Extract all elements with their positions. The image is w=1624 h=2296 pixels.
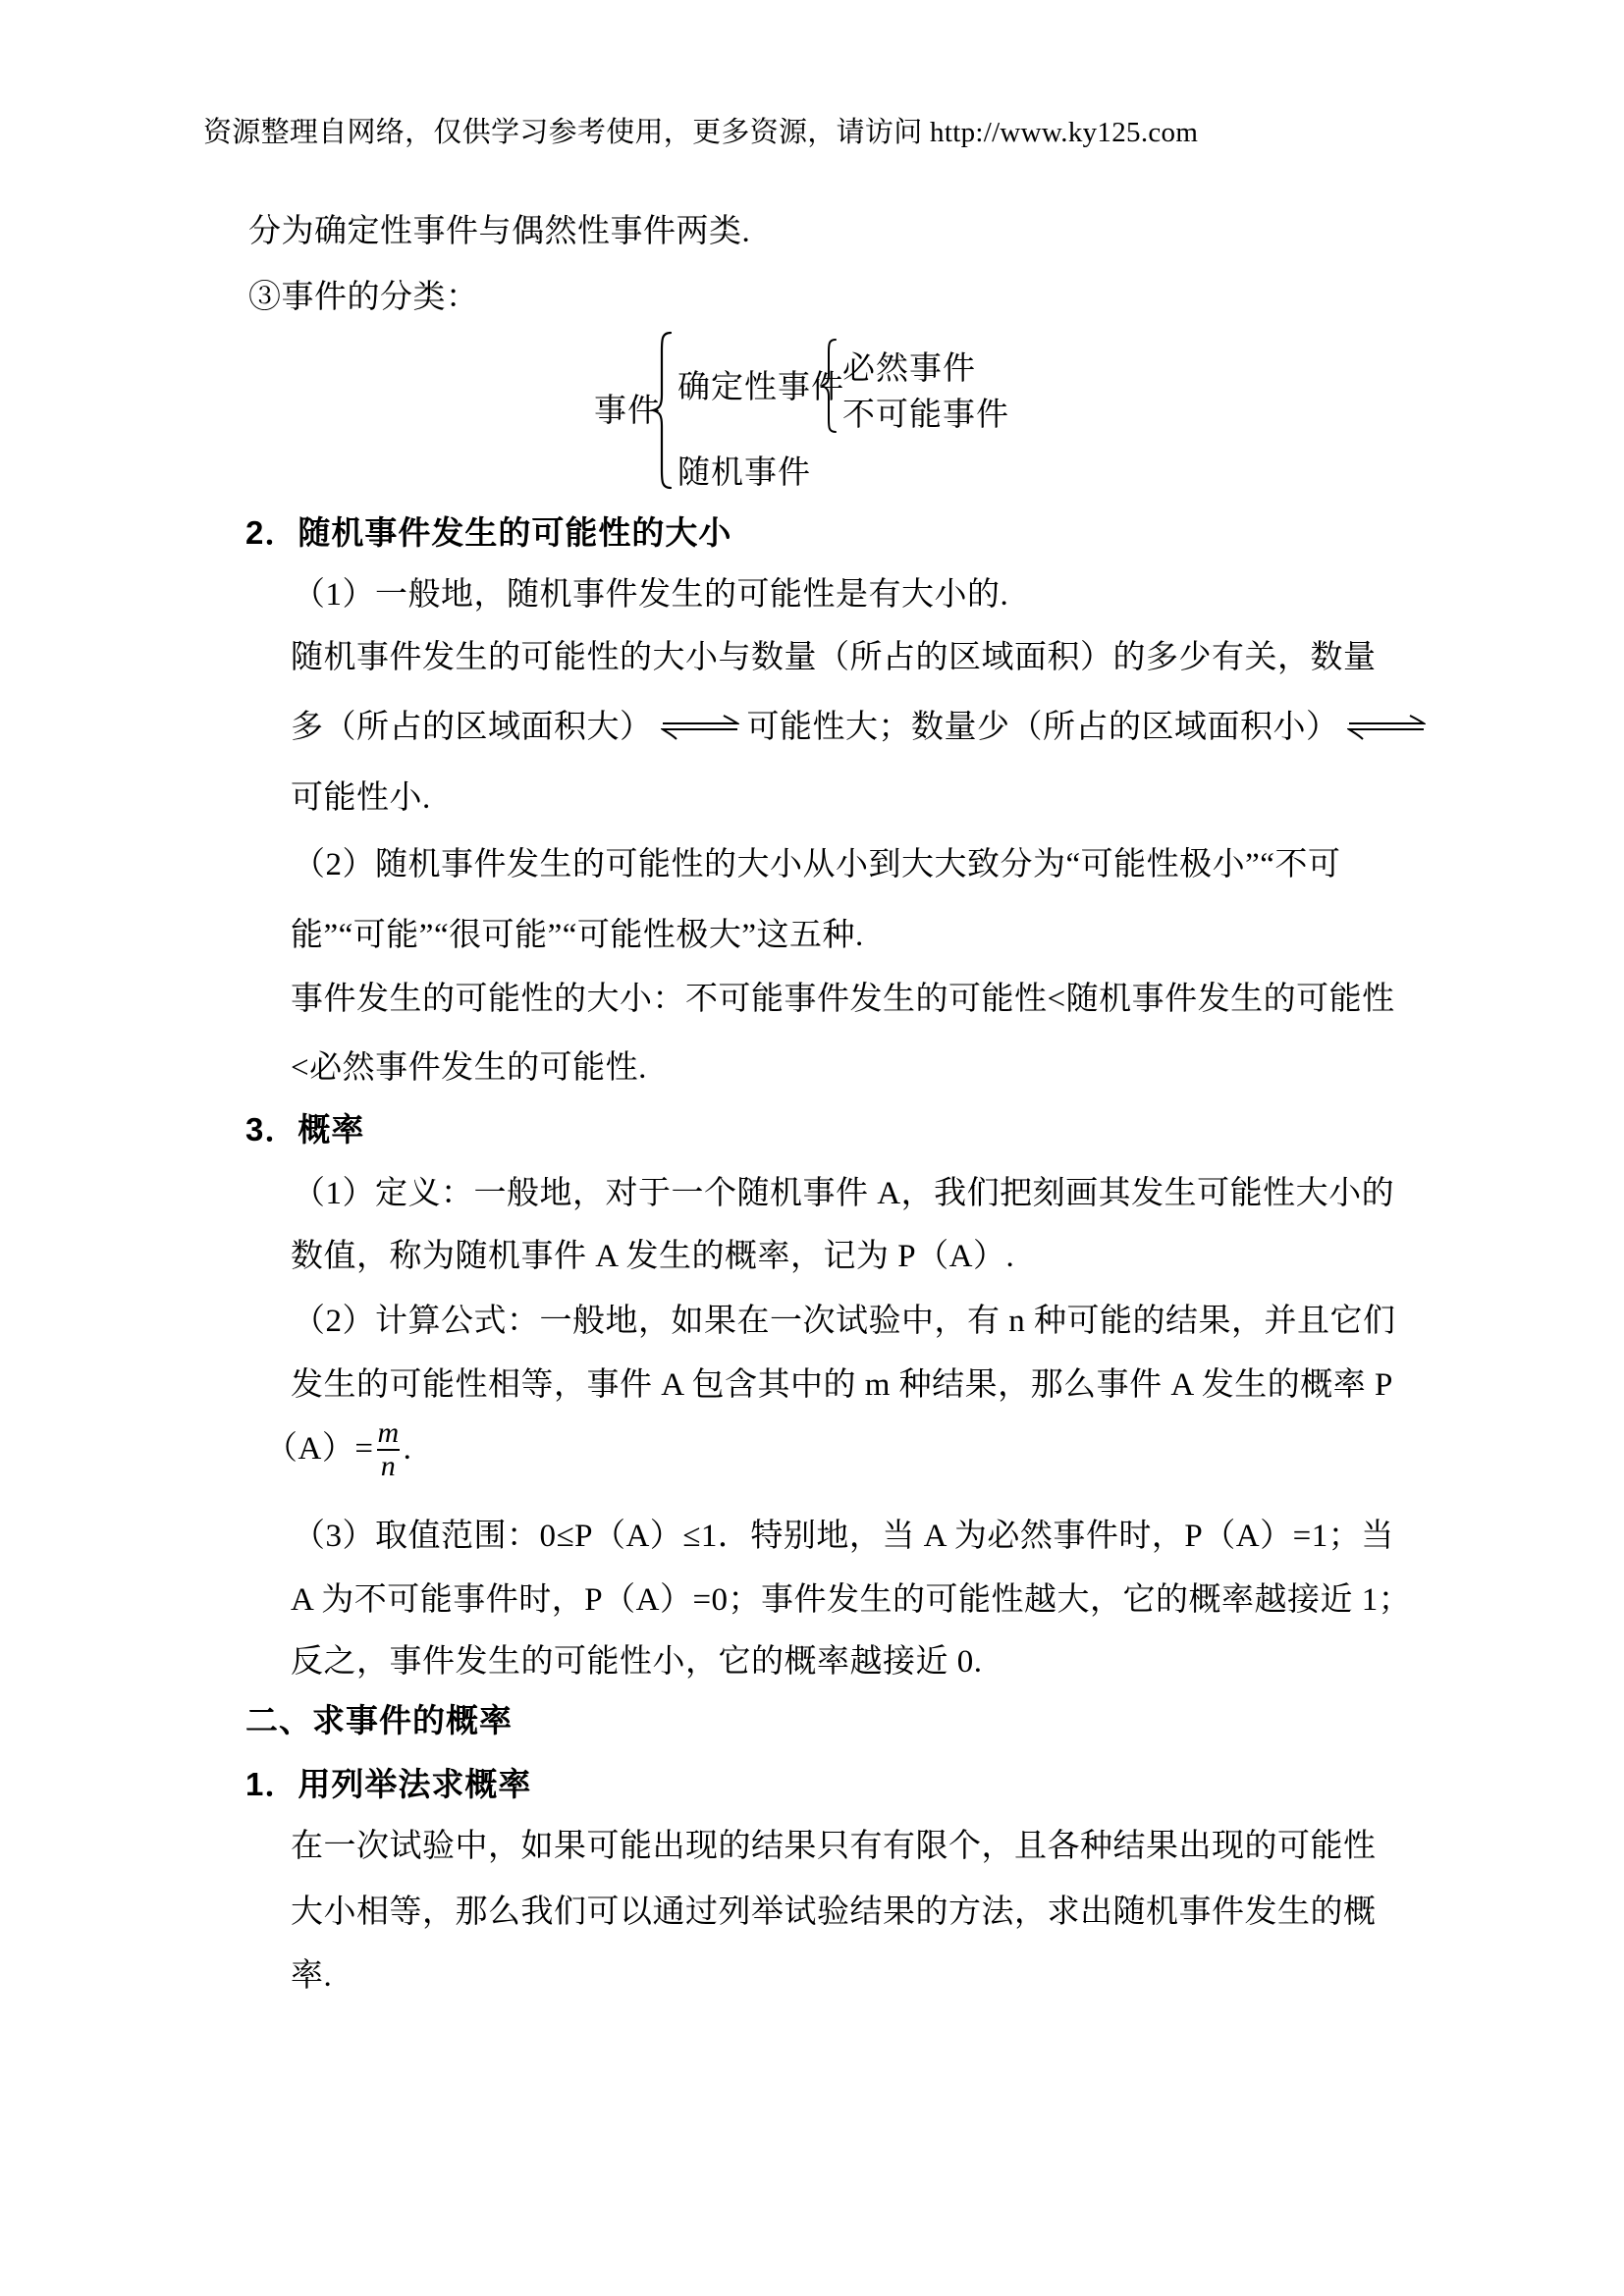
- diagram-leaf-impossible-label: 不可能事件: [842, 389, 1009, 435]
- section2-paragraph-2a: 随机事件发生的可能性的大小与数量（所占的区域面积）的多少有关，数量: [291, 638, 1377, 677]
- formula-period: .: [404, 1429, 412, 1468]
- section3-paragraph-3c: 反之，事件发生的可能性小，它的概率越接近 0.: [291, 1642, 983, 1682]
- part2-sub1-heading: 1．用列举法求概率: [245, 1765, 531, 1804]
- diagram-leaf-certain-label: 必然事件: [842, 343, 976, 389]
- part2-paragraph-1a: 在一次试验中，如果可能出现的结果只有有限个，且各种结果出现的可能性: [291, 1827, 1377, 1866]
- section3-paragraph-1b: 数值，称为随机事件 A 发生的概率，记为 P（A）.: [291, 1237, 1014, 1276]
- diagram-branch2-label: 随机事件: [677, 447, 811, 493]
- section3-paragraph-3a: （3）取值范围：0≤P（A）≤1．特别地，当 A 为必然事件时，P（A）=1；当: [293, 1517, 1394, 1556]
- outer-brace-icon: [650, 330, 676, 491]
- section3-paragraph-3b: A 为不可能事件时，P（A）=0；事件发生的可能性越大，它的概率越接近 1；: [291, 1580, 1411, 1620]
- section3-heading: 3．概率: [245, 1110, 364, 1149]
- formula-lhs: （A）=: [265, 1429, 373, 1468]
- fraction-denominator: n: [381, 1451, 397, 1482]
- paragraph-text: 可能性大；数量少（所占的区域面积小）: [747, 710, 1339, 745]
- equilibrium-arrow-icon: [1347, 715, 1426, 740]
- part2-heading: 二、求事件的概率: [245, 1701, 513, 1740]
- section2-paragraph-1: （1）一般地，随机事件发生的可能性是有大小的.: [293, 575, 1008, 614]
- fraction: m n: [377, 1417, 399, 1481]
- section2-paragraph-4a: 事件发生的可能性的大小：不可能事件发生的可能性<随机事件发生的可能性: [291, 980, 1395, 1019]
- equilibrium-arrow-icon: [661, 715, 739, 740]
- intro-line-2: ③事件的分类：: [248, 278, 479, 317]
- inner-brace-icon: [819, 338, 840, 434]
- intro-line-1: 分为确定性事件与偶然性事件两类.: [248, 212, 750, 251]
- section3-paragraph-2b: 发生的可能性相等，事件 A 包含其中的 m 种结果，那么事件 A 发生的概率 P: [291, 1365, 1393, 1405]
- section3-paragraph-2a: （2）计算公式：一般地，如果在一次试验中，有 n 种可能的结果，并且它们: [293, 1302, 1396, 1341]
- section3-paragraph-1a: （1）定义：一般地，对于一个随机事件 A，我们把刻画其发生可能性大小的: [293, 1174, 1394, 1213]
- section2-heading: 2．随机事件发生的可能性的大小: [245, 513, 731, 553]
- section2-paragraph-4b: <必然事件发生的可能性.: [291, 1048, 647, 1088]
- part2-paragraph-1b: 大小相等，那么我们可以通过列举试验结果的方法，求出随机事件发生的概: [291, 1893, 1377, 1932]
- section2-paragraph-2c: 可能性小.: [291, 778, 431, 818]
- section2-paragraph-3a: （2）随机事件发生的可能性的大小从小到大大致分为“可能性极小”“不可: [293, 845, 1340, 884]
- section2-paragraph-3b: 能”“可能”“很可能”“可能性极大”这五种.: [291, 916, 864, 955]
- part2-paragraph-1c: 率.: [291, 1956, 332, 1996]
- fraction-numerator: m: [377, 1417, 399, 1449]
- probability-formula: （A）= m n .: [265, 1417, 411, 1481]
- section2-paragraph-2b: 多（所占的区域面积大）可能性大；数量少（所占的区域面积小）: [291, 708, 1434, 747]
- paragraph-text: 多（所占的区域面积大）: [291, 710, 653, 745]
- header-note: 资源整理自网络，仅供学习参考使用，更多资源，请访问 http://www.ky1…: [203, 116, 1198, 150]
